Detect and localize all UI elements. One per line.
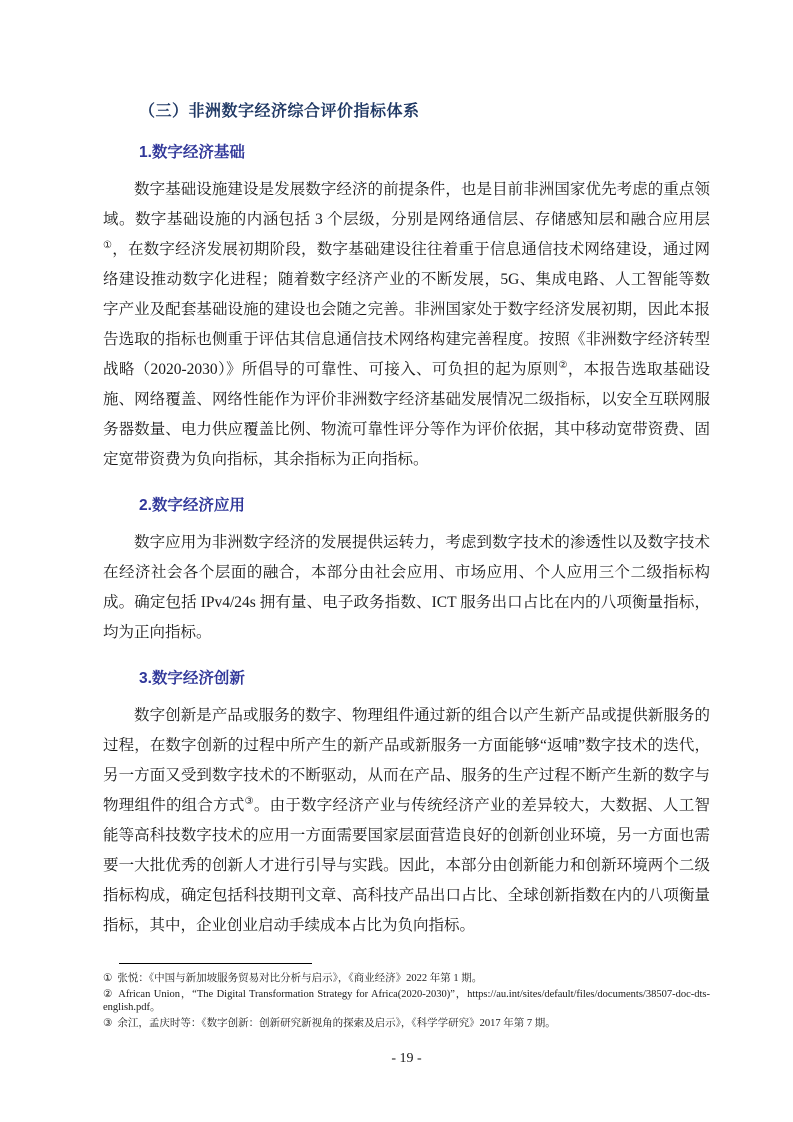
footnote-item: ③余江，孟庆时等：《数字创新：创新研究新视角的探索及启示》，《科学学研究》201…	[103, 1017, 710, 1031]
document-section: 3.数字经济创新 数字创新是产品或服务的数字、物理组件通过新的组合以产生新产品或…	[103, 668, 710, 941]
footnote-area: ①张悦：《中国与新加坡服务贸易对比分析与启示》，《商业经济》2022 年第 1 …	[103, 941, 710, 1067]
section-heading: （三）非洲数字经济综合评价指标体系	[103, 101, 710, 122]
paragraphs: 数字基础设施建设是发展数字经济的前提条件，也是目前非洲国家优先考虑的重点领域。数…	[103, 175, 710, 475]
footnote-marker: ②	[103, 989, 113, 1000]
footnote-marker: ①	[103, 973, 112, 984]
text-run: 。由于数字经济产业与传统经济产业的差异较大，大数据、人工智能等高科技数字技术的应…	[103, 797, 710, 934]
document-section: 1.数字经济基础 数字基础设施建设是发展数字经济的前提条件，也是目前非洲国家优先…	[103, 142, 710, 475]
document-section: 2.数字经济应用 数字应用为非洲数字经济的发展提供运转力，考虑到数字技术的渗透性…	[103, 495, 710, 648]
footnote-item: ②African Union，“The Digital Transformati…	[103, 988, 710, 1015]
body-paragraph: 数字应用为非洲数字经济的发展提供运转力，考虑到数字技术的渗透性以及数字技术在经济…	[103, 528, 710, 648]
footnote-text: African Union，“The Digital Transformatio…	[103, 989, 710, 1014]
subsection-title: 3.数字经济创新	[103, 668, 710, 689]
footnote-text: 张悦：《中国与新加坡服务贸易对比分析与启示》，《商业经济》2022 年第 1 期…	[117, 973, 482, 984]
footnote-marker: ③	[103, 1018, 112, 1029]
footnotes-list: ①张悦：《中国与新加坡服务贸易对比分析与启示》，《商业经济》2022 年第 1 …	[103, 972, 710, 1030]
footnote-text: 余江，孟庆时等：《数字创新：创新研究新视角的探索及启示》，《科学学研究》2017…	[117, 1018, 555, 1029]
document-page: （三）非洲数字经济综合评价指标体系 1.数字经济基础 数字基础设施建设是发展数字…	[0, 0, 793, 1122]
body-paragraph: 数字基础设施建设是发展数字经济的前提条件，也是目前非洲国家优先考虑的重点领域。数…	[103, 175, 710, 475]
paragraphs: 数字应用为非洲数字经济的发展提供运转力，考虑到数字技术的渗透性以及数字技术在经济…	[103, 528, 710, 648]
text-run: 数字应用为非洲数字经济的发展提供运转力，考虑到数字技术的渗透性以及数字技术在经济…	[103, 534, 710, 641]
paragraphs: 数字创新是产品或服务的数字、物理组件通过新的组合以产生新产品或提供新服务的过程，…	[103, 701, 710, 941]
footnote-item: ①张悦：《中国与新加坡服务贸易对比分析与启示》，《商业经济》2022 年第 1 …	[103, 972, 710, 986]
sections-container: 1.数字经济基础 数字基础设施建设是发展数字经济的前提条件，也是目前非洲国家优先…	[103, 142, 710, 941]
text-run: ，在数字经济发展初期阶段，数字基础建设往往着重于信息通信技术网络建设，通过网络建…	[103, 241, 710, 378]
footnote-ref: ①	[103, 240, 112, 251]
subsection-title: 1.数字经济基础	[103, 142, 710, 163]
body-paragraph: 数字创新是产品或服务的数字、物理组件通过新的组合以产生新产品或提供新服务的过程，…	[103, 701, 710, 941]
text-run: 数字基础设施建设是发展数字经济的前提条件，也是目前非洲国家优先考虑的重点领域。数…	[103, 181, 710, 228]
footnote-separator	[119, 963, 312, 964]
footnote-ref: ②	[559, 360, 568, 371]
footnote-ref: ③	[245, 796, 254, 807]
subsection-title: 2.数字经济应用	[103, 495, 710, 516]
page-number: - 19 -	[103, 1051, 710, 1067]
